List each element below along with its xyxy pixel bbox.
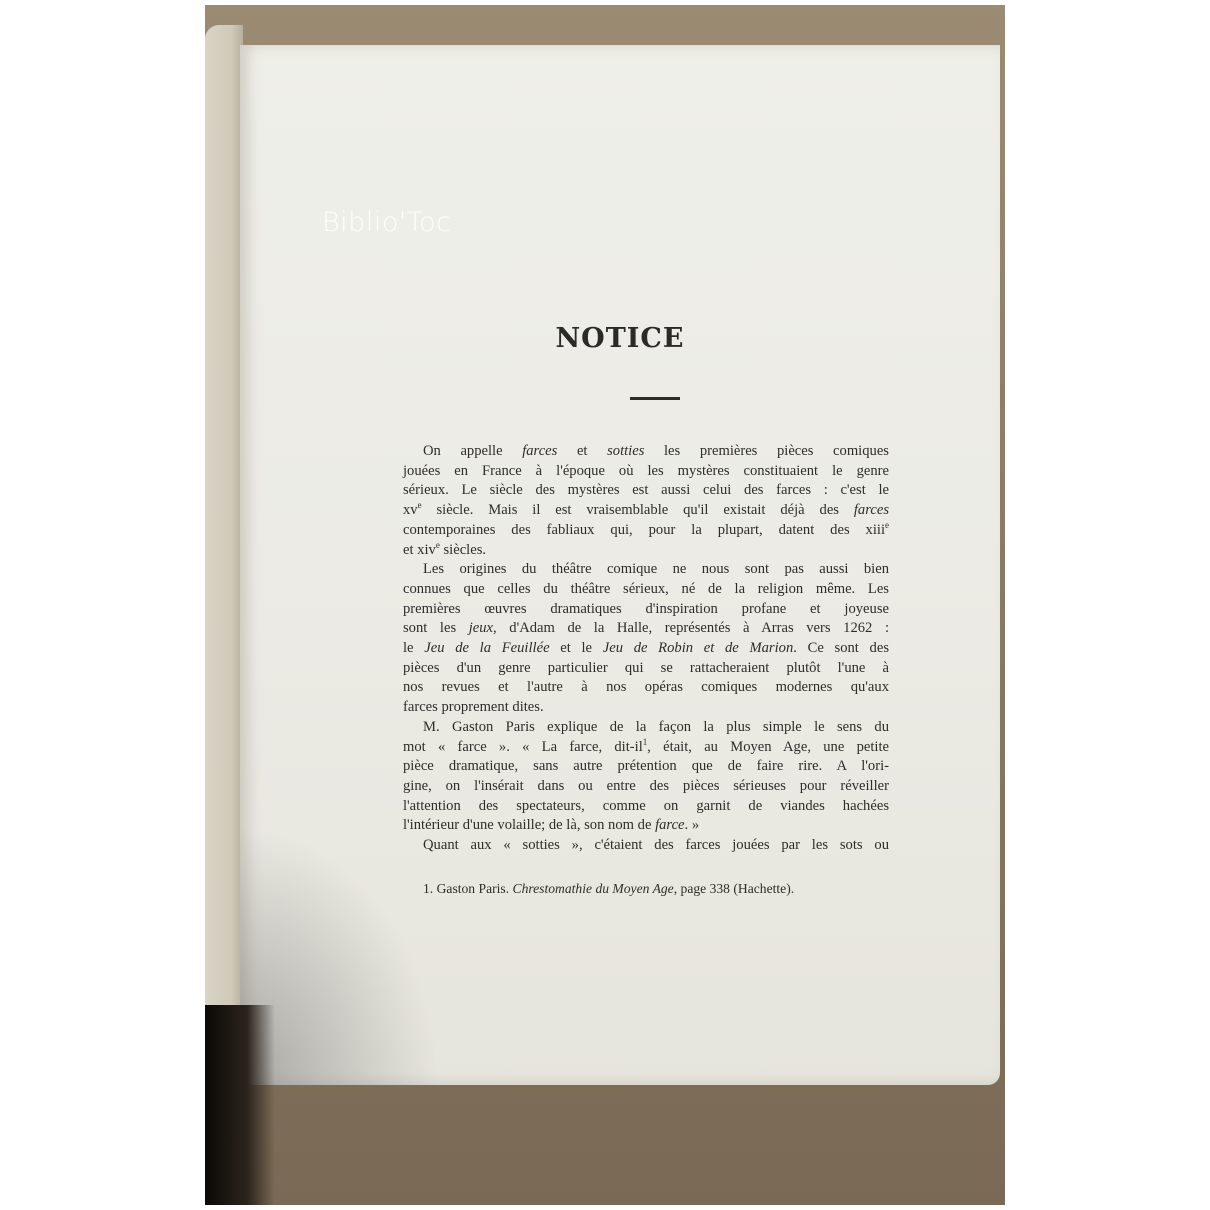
paragraph: On appelle farces et sotties les premièr… [403, 442, 889, 560]
text-line: connues que celles du théâtre sérieux, n… [403, 580, 889, 600]
text-line: l'intérieur d'une volaille; de là, son n… [403, 816, 889, 836]
text-line: xve siècle. Mais il est vraisemblable qu… [403, 501, 889, 521]
text-line: Quant aux « sotties », c'étaient des far… [403, 836, 889, 856]
text-line: pièce dramatique, sans autre prétention … [403, 757, 889, 777]
body-text: On appelle farces et sotties les premièr… [403, 442, 889, 856]
text-line: jouées en France à l'époque où les mystè… [403, 462, 889, 482]
text-line: nos revues et l'autre à nos opéras comiq… [403, 678, 889, 698]
text-line: Les origines du théâtre comique ne nous … [403, 560, 889, 580]
paragraph: Les origines du théâtre comique ne nous … [403, 560, 889, 718]
paragraph: M. Gaston Paris explique de la façon la … [403, 718, 889, 836]
text-line: sont les jeux, d'Adam de la Halle, repré… [403, 619, 889, 639]
text-line: sérieux. Le siècle des mystères est auss… [403, 481, 889, 501]
text-line: le Jeu de la Feuillée et le Jeu de Robin… [403, 639, 889, 659]
text-line: l'attention des spectateurs, comme on ga… [403, 797, 889, 817]
page-title: NOTICE [240, 323, 1000, 354]
text-line: premières œuvres dramatiques d'inspirati… [403, 600, 889, 620]
book-page: Biblio'Toc NOTICE On appelle farces et s… [240, 45, 1000, 1085]
watermark: Biblio'Toc [322, 207, 452, 238]
text-line: gine, on l'insérait dans ou entre des pi… [403, 777, 889, 797]
text-line: M. Gaston Paris explique de la façon la … [403, 718, 889, 738]
title-rule [630, 397, 680, 400]
text-line: et xive siècles. [403, 541, 889, 561]
book-cover-edge [205, 25, 243, 1025]
text-line: farces proprement dites. [403, 698, 889, 718]
book-photo: Biblio'Toc NOTICE On appelle farces et s… [205, 5, 1005, 1205]
text-line: contemporaines des fabliaux qui, pour la… [403, 521, 889, 541]
text-line: pièces d'un genre particulier qui se rat… [403, 659, 889, 679]
text-line: On appelle farces et sotties les premièr… [403, 442, 889, 462]
paragraph: Quant aux « sotties », c'étaient des far… [403, 836, 889, 856]
cover-shadow [205, 1005, 275, 1205]
footnote: 1. Gaston Paris. Chrestomathie du Moyen … [423, 881, 893, 897]
text-line: mot « farce ». « La farce, dit-il1, étai… [403, 738, 889, 758]
